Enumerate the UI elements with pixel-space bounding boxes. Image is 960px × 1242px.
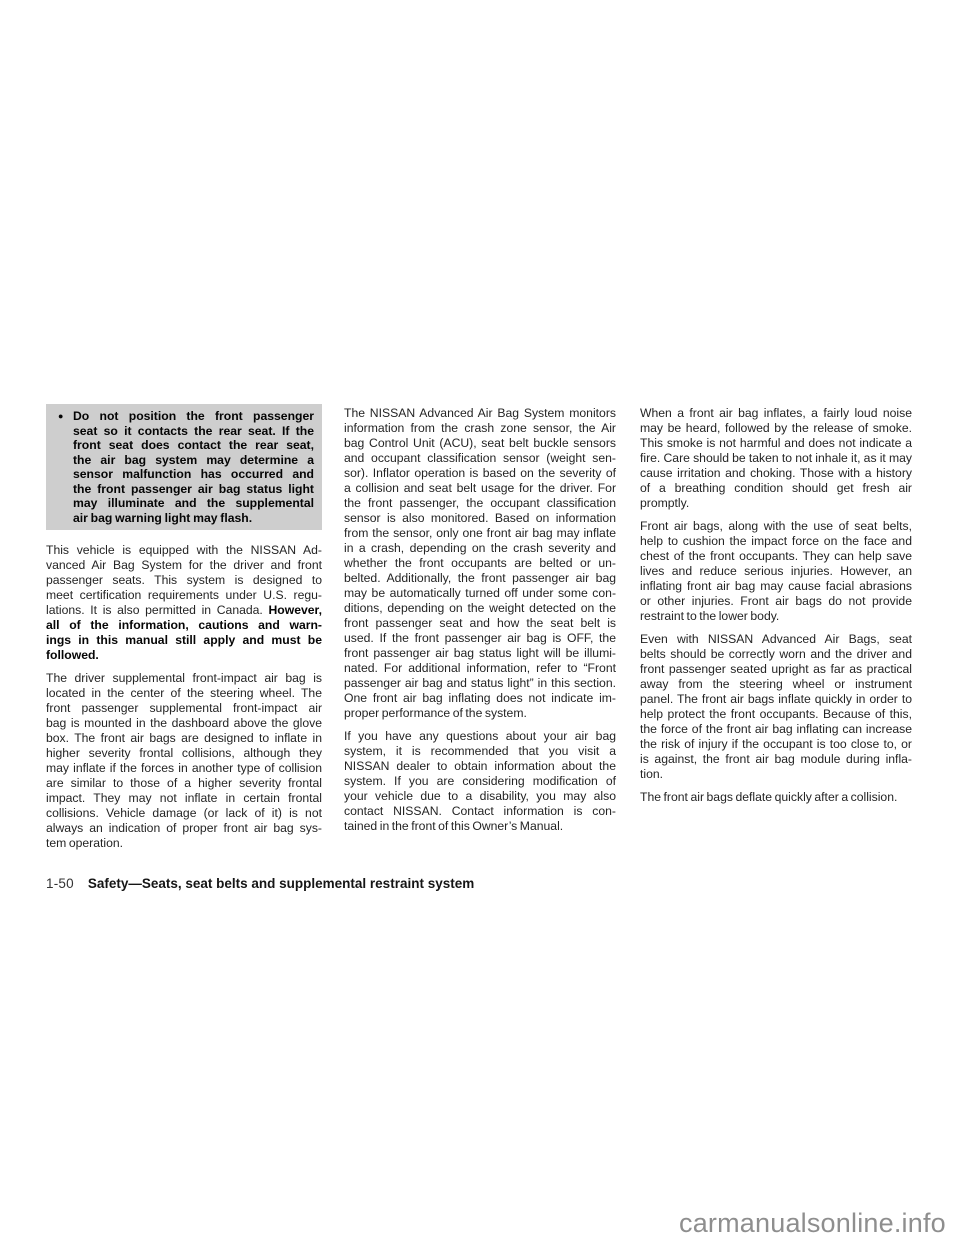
warning-lines: Do not position the front passengerseat … — [73, 409, 314, 525]
text-line: ditions, depending on the weight detecte… — [344, 601, 616, 616]
text-line: may inflate if the forces in another typ… — [46, 761, 322, 776]
text-line: chest of the front occupants. They can h… — [640, 549, 912, 564]
paragraph: If you have any questions about your air… — [344, 729, 616, 834]
text-line: impact. They may not inflate in certain … — [46, 791, 322, 806]
text-line: used. If the front passenger air bag is … — [344, 631, 616, 646]
text-line: higher severity frontal collisions, alth… — [46, 746, 322, 761]
right-paragraphs: When a front air bag inflates, a fairly … — [640, 406, 912, 805]
text-line: restraint to the lower body. — [640, 609, 912, 624]
text-line: belted. Additionally, the front passenge… — [344, 571, 616, 586]
page-number: 1-50 — [46, 876, 74, 891]
text-line: contact NISSAN. Contact information is c… — [344, 804, 616, 819]
text-line: NISSAN dealer to obtain information abou… — [344, 759, 616, 774]
paragraph: This vehicle is equipped with the NISSAN… — [46, 543, 322, 663]
text-line: front passenger air bag status light wil… — [344, 646, 616, 661]
text-line: The front air bags deflate quickly after… — [640, 790, 912, 805]
paragraph: The front air bags deflate quickly after… — [640, 790, 912, 805]
text-line: the force of the front air bag inflating… — [640, 722, 912, 737]
text-line: bag Control Unit (ACU), seat belt buckle… — [344, 436, 616, 451]
text-line: in a crash, depending on the crash sever… — [344, 541, 616, 556]
text-line: When a front air bag inflates, a fairly … — [640, 406, 912, 421]
column-right: When a front air bag inflates, a fairly … — [640, 406, 912, 805]
text-line: front passenger seated upright as far as… — [640, 662, 912, 677]
text-line: front seat does contact the rear seat, — [73, 438, 314, 453]
text-line: collisions. Vehicle damage (or lack of i… — [46, 806, 322, 821]
text-line: sensor is also monitored. Based on infor… — [344, 511, 616, 526]
text-line: tion. — [640, 767, 912, 782]
text-line: This vehicle is equipped with the NISSAN… — [46, 543, 322, 558]
text-line: always an indication of proper front air… — [46, 821, 322, 836]
paragraph: Even with NISSAN Advanced Air Bags, seat… — [640, 632, 912, 782]
text-line: passenger seats. This system is designed… — [46, 573, 322, 588]
text-line: or other injuries. Front air bags do not… — [640, 594, 912, 609]
watermark: carmanualsonline.info — [679, 1208, 946, 1239]
text-line: box. The front air bags are designed to … — [46, 731, 322, 746]
text-line: the front passenger air bag status light — [73, 482, 314, 497]
text-line: system, it is recommended that you visit… — [344, 744, 616, 759]
text-line: sensor malfunction has occurred and — [73, 467, 314, 482]
text-line: located in the center of the steering wh… — [46, 686, 322, 701]
section-title: Safety—Seats, seat belts and supplementa… — [88, 876, 474, 891]
text-line: away from the steering wheel or instrume… — [640, 677, 912, 692]
manual-page: ● Do not position the front passengersea… — [0, 0, 960, 1242]
text-line: Do not position the front passenger — [73, 409, 314, 424]
text-line: One front air bag inflating does not ind… — [344, 691, 616, 706]
text-line: whether the front occupants are belted o… — [344, 556, 616, 571]
text-line: and occupant classification sensor (weig… — [344, 451, 616, 466]
paragraph: When a front air bag inflates, a fairly … — [640, 406, 912, 511]
text-line: belts should be correctly worn and the d… — [640, 647, 912, 662]
text-line: lations. It is also permitted in Canada.… — [46, 603, 322, 618]
text-line: may be automatically turned off under so… — [344, 586, 616, 601]
text-line: meet certification requirements under U.… — [46, 588, 322, 603]
text-line: sor). Inflator operation is based on the… — [344, 466, 616, 481]
text-line: lives and reduce serious injuries. Howev… — [640, 564, 912, 579]
text-line: This smoke is not harmful and does not i… — [640, 436, 912, 451]
text-line: your vehicle due to a disability, you ma… — [344, 789, 616, 804]
text-line: help to cushion the impact force on the … — [640, 534, 912, 549]
text-line: nated. For additional information, refer… — [344, 661, 616, 676]
text-line: a collision and seat belt usage for the … — [344, 481, 616, 496]
text-line: ings in this manual still apply and must… — [46, 633, 322, 648]
text-line: bag is mounted in the dashboard above th… — [46, 716, 322, 731]
text-line: the risk of injury if the occupant is to… — [640, 737, 912, 752]
text-line: of a breathing condition should get fres… — [640, 481, 912, 496]
text-line: the air bag system may determine a — [73, 453, 314, 468]
text-line: inflating front air bag may cause facial… — [640, 579, 912, 594]
text-line: promptly. — [640, 496, 912, 511]
text-line: all of the information, cautions and war… — [46, 618, 322, 633]
text-line: may illuminate and the supplemental — [73, 496, 314, 511]
text-line: cause irritation and choking. Those with… — [640, 466, 912, 481]
column-left: ● Do not position the front passengersea… — [46, 404, 322, 851]
text-line: air bag warning light may flash. — [73, 511, 314, 526]
bullet-icon: ● — [58, 409, 63, 424]
text-line: proper performance of the system. — [344, 706, 616, 721]
text-line: may be heard, followed by the release of… — [640, 421, 912, 436]
text-line: The NISSAN Advanced Air Bag System monit… — [344, 406, 616, 421]
text-line: followed. — [46, 648, 322, 663]
text-line: front passenger supplemental front-impac… — [46, 701, 322, 716]
text-line: front passenger seat and how the seat be… — [344, 616, 616, 631]
text-line: the front passenger, the occupant classi… — [344, 496, 616, 511]
text-line: The driver supplemental front-impact air… — [46, 671, 322, 686]
column-middle: The NISSAN Advanced Air Bag System monit… — [344, 406, 616, 834]
paragraph: The NISSAN Advanced Air Bag System monit… — [344, 406, 616, 721]
text-line: tained in the front of this Owner’s Manu… — [344, 819, 616, 834]
middle-paragraphs: The NISSAN Advanced Air Bag System monit… — [344, 406, 616, 834]
text-line: panel. The front air bags inflate quickl… — [640, 692, 912, 707]
page-footer: 1-50Safety—Seats, seat belts and supplem… — [46, 876, 474, 891]
text-line: is against, the front air bag module dur… — [640, 752, 912, 767]
text-line: from the sensor, only one front air bag … — [344, 526, 616, 541]
text-line: Even with NISSAN Advanced Air Bags, seat — [640, 632, 912, 647]
text-line: system. If you are considering modificat… — [344, 774, 616, 789]
paragraph: Front air bags, along with the use of se… — [640, 519, 912, 624]
warning-text: ● Do not position the front passengersea… — [58, 409, 314, 525]
text-line: seat so it contacts the rear seat. If th… — [73, 424, 314, 439]
text-line: fire. Care should be taken to not inhale… — [640, 451, 912, 466]
text-line: passenger air bag and status light” in t… — [344, 676, 616, 691]
text-line: tem operation. — [46, 836, 322, 851]
paragraph: The driver supplemental front-impact air… — [46, 671, 322, 851]
warning-box: ● Do not position the front passengersea… — [46, 404, 322, 530]
text-line: are similar to those of a higher severit… — [46, 776, 322, 791]
left-paragraphs: This vehicle is equipped with the NISSAN… — [46, 543, 322, 851]
text-line: If you have any questions about your air… — [344, 729, 616, 744]
text-line: Front air bags, along with the use of se… — [640, 519, 912, 534]
text-line: vanced Air Bag System for the driver and… — [46, 558, 322, 573]
text-line: help protect the front occupants. Becaus… — [640, 707, 912, 722]
text-line: information from the crash zone sensor, … — [344, 421, 616, 436]
